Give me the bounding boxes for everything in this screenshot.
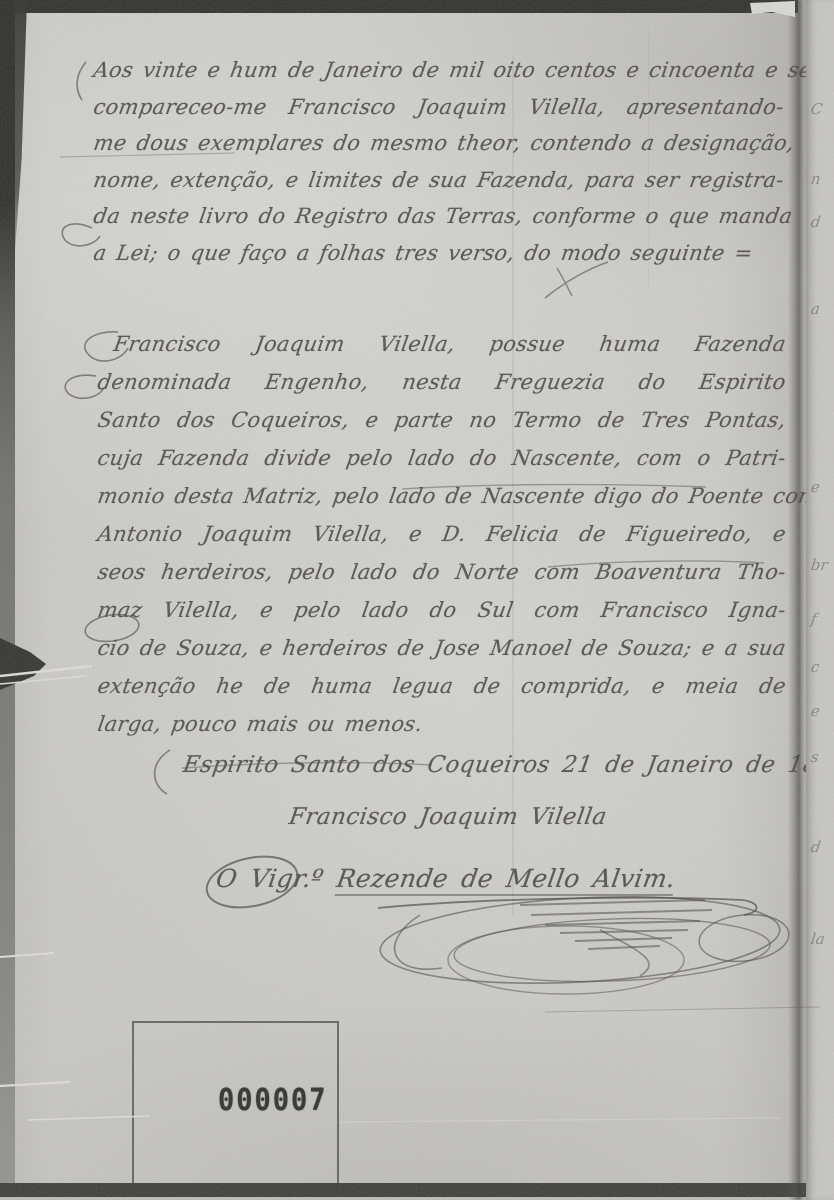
vicar-signature-line: O Vigr.º Rezende de Mello Alvim. [214, 864, 678, 893]
manuscript-line: nome, extenção, e limites de sua Fazenda… [91, 162, 787, 199]
manuscript-line: me dous exemplares do mesmo theor, conte… [91, 125, 787, 162]
registry-stamp-box: 000007 [132, 1021, 339, 1184]
adjacent-page-fragment: n [810, 170, 822, 188]
vicar-name: Rezende de Mello Alvim. [334, 864, 678, 896]
manuscript-line: da neste livro do Registro das Terras, c… [91, 198, 787, 235]
scan-border-top [0, 0, 798, 13]
adjacent-page-sliver: C n d a e br f c e s d la [806, 0, 834, 1200]
manuscript-line: compareceo-me Francisco Joaquim Vilella,… [91, 89, 787, 126]
adjacent-page-fragment: s [810, 748, 820, 766]
manuscript-line: maz Vilella, e pelo lado do Sul com Fran… [95, 591, 789, 629]
declaration-paragraph: Francisco Joaquim Vilella, possue huma F… [96, 325, 784, 743]
adjacent-page-fragment: d [810, 838, 822, 856]
adjacent-page-fragment: c [810, 658, 821, 676]
stamp-number: 000007 [218, 1083, 328, 1118]
vicar-title: O Vigr.º [214, 864, 326, 893]
manuscript-line: Aos vinte e hum de Janeiro de mil oito c… [91, 52, 787, 89]
manuscript-line: seos herdeiros, pelo lado do Norte com B… [95, 553, 789, 591]
adjacent-page-fragment: C [810, 100, 824, 118]
adjacent-page-fragment: a [810, 300, 821, 318]
scanned-document-page: Aos vinte e hum de Janeiro de mil oito c… [0, 0, 834, 1200]
scan-border-left [0, 0, 15, 1200]
manuscript-line: a Lei; o que faço a folhas tres verso, d… [91, 235, 787, 272]
manuscript-line: Santo dos Coqueiros, e parte no Termo de… [95, 401, 789, 439]
adjacent-page-fragment: e [810, 702, 821, 720]
adjacent-page-fragment: la [810, 930, 826, 948]
adjacent-page-fragment: d [810, 213, 822, 231]
adjacent-page-fragment: f [810, 610, 818, 628]
manuscript-line: cio de Souza, e herdeiros de Jose Manoel… [95, 629, 789, 667]
scan-border-bottom [0, 1183, 834, 1197]
declarant-signature: Francisco Joaquim Vilella [287, 804, 608, 830]
opening-paragraph: Aos vinte e hum de Janeiro de mil oito c… [92, 52, 782, 271]
manuscript-line: larga, pouco mais ou menos. [95, 705, 789, 743]
manuscript-line: extenção he de huma legua de comprida, e… [95, 667, 789, 705]
manuscript-line: Francisco Joaquim Vilella, possue huma F… [95, 325, 789, 363]
adjacent-page-fragment: br [810, 556, 829, 574]
manuscript-line: monio desta Matriz, pelo lado de Nascent… [95, 477, 789, 515]
adjacent-page-fragment: e [810, 478, 821, 496]
page-gutter-shadow [788, 0, 808, 1200]
manuscript-line: cuja Fazenda divide pelo lado do Nascent… [95, 439, 789, 477]
place-date-line: Espirito Santo dos Coqueiros 21 de Janei… [181, 752, 834, 778]
manuscript-text: Aos vinte e hum de Janeiro de mil oito c… [0, 0, 834, 1200]
manuscript-line: denominada Engenho, nesta Freguezia do E… [95, 363, 789, 401]
manuscript-line: Antonio Joaquim Vilella, e D. Felicia de… [95, 515, 789, 553]
